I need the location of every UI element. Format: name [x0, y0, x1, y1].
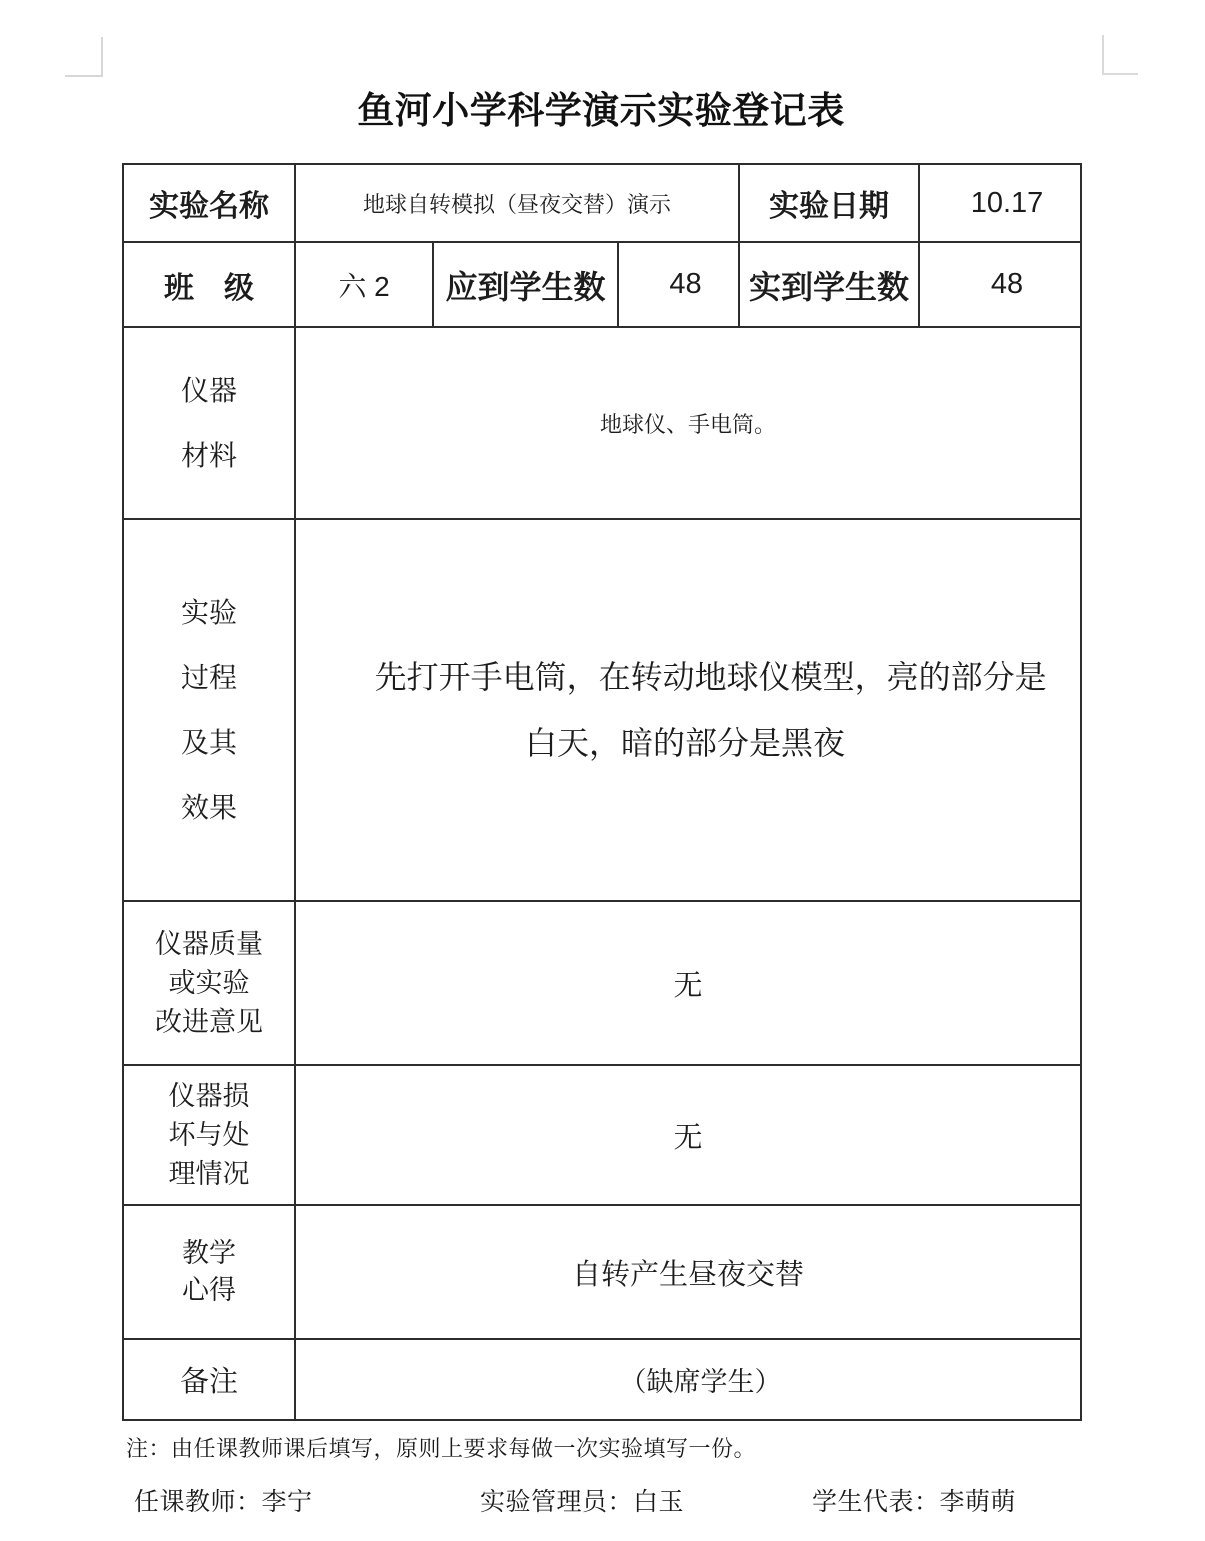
- scan-corner-mark-top-left: [65, 37, 103, 77]
- row-equipment-materials: 仪器 材料 地球仪、手电筒。: [123, 327, 1081, 519]
- experiment-name-label: 实验名称: [123, 164, 295, 242]
- equipment-materials-value: 地球仪、手电筒。: [295, 327, 1081, 519]
- form-page: 鱼河小学科学演示实验登记表 实验名称 地球自转模拟（昼夜交替）演示 实验日期 1…: [0, 0, 1205, 1541]
- remarks-value: （缺席学生）: [295, 1339, 1081, 1420]
- row-remarks: 备注 （缺席学生）: [123, 1339, 1081, 1420]
- row-experiment-process: 实验 过程 及其 效果 先打开手电筒，在转动地球仪模型，亮的部分是 白天，暗的部…: [123, 519, 1081, 901]
- row-class-attendance: 班 级 六 2 应到学生数 48 实到学生数 48: [123, 242, 1081, 327]
- scan-corner-mark-top-right: [1102, 35, 1138, 75]
- experiment-name-value: 地球自转模拟（昼夜交替）演示: [295, 164, 739, 242]
- quality-feedback-value: 无: [295, 901, 1081, 1065]
- page-title: 鱼河小学科学演示实验登记表: [122, 80, 1080, 134]
- experiment-process-value: 先打开手电筒，在转动地球仪模型，亮的部分是 白天，暗的部分是黑夜: [295, 519, 1081, 901]
- experiment-date-value: 10.17: [919, 164, 1081, 242]
- experiment-process-label: 实验 过程 及其 效果: [123, 519, 295, 901]
- equipment-materials-label: 仪器 材料: [123, 327, 295, 519]
- row-experiment-name: 实验名称 地球自转模拟（昼夜交替）演示 实验日期 10.17: [123, 164, 1081, 242]
- row-teaching-notes: 教学 心得 自转产生昼夜交替: [123, 1205, 1081, 1339]
- signature-line: 任课教师：李宁 实验管理员：白玉 学生代表：李萌萌: [122, 1482, 1122, 1516]
- class-value: 六 2: [295, 242, 433, 327]
- damage-handling-label: 仪器损 坏与处 理情况: [123, 1065, 295, 1205]
- teacher-signature: 任课教师：李宁: [134, 1482, 313, 1518]
- teaching-notes-label: 教学 心得: [123, 1205, 295, 1339]
- remarks-label: 备注: [123, 1339, 295, 1420]
- manager-signature: 实验管理员：白玉: [480, 1482, 684, 1518]
- row-damage-handling: 仪器损 坏与处 理情况 无: [123, 1065, 1081, 1205]
- teaching-notes-value: 自转产生昼夜交替: [295, 1205, 1081, 1339]
- class-label: 班 级: [123, 242, 295, 327]
- actual-students-value: 48: [919, 242, 1081, 327]
- damage-handling-value: 无: [295, 1065, 1081, 1205]
- experiment-registration-table: 实验名称 地球自转模拟（昼夜交替）演示 实验日期 10.17 班 级 六 2 应…: [122, 163, 1082, 1421]
- row-quality-feedback: 仪器质量 或实验 改进意见 无: [123, 901, 1081, 1065]
- experiment-date-label: 实验日期: [739, 164, 919, 242]
- footnote: 注：由任课教师课后填写，原则上要求每做一次实验填写一份。: [126, 1432, 756, 1463]
- expected-students-value: 48: [618, 242, 739, 327]
- actual-students-label: 实到学生数: [739, 242, 919, 327]
- quality-feedback-label: 仪器质量 或实验 改进意见: [123, 901, 295, 1065]
- expected-students-label: 应到学生数: [433, 242, 618, 327]
- student-signature: 学生代表：李萌萌: [812, 1482, 1016, 1518]
